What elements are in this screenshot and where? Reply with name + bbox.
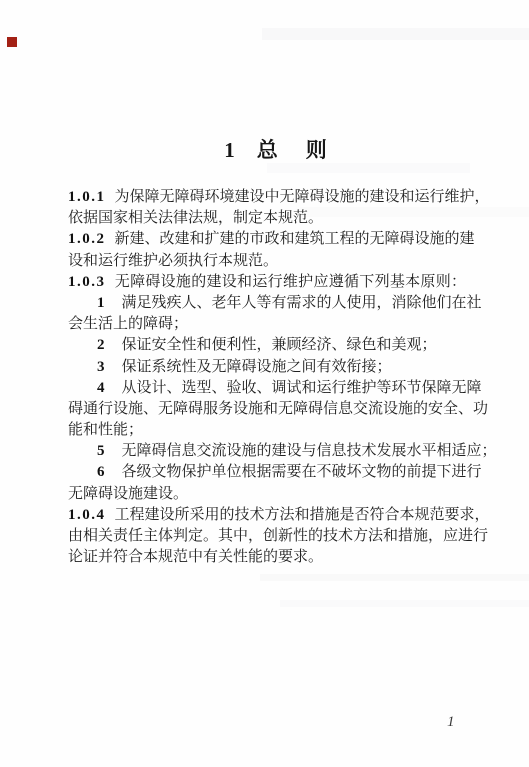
scan-artifact: [260, 574, 529, 581]
text-line: 1.0.3无障碍设施的建设和运行维护应遵循下列基本原则：: [68, 272, 466, 293]
clause-number: 1.0.1: [68, 189, 106, 205]
document-page: 1总则 1.0.1为保障无障碍环境建设中无障碍设施的建设和运行维护，依据国家相关…: [0, 0, 529, 767]
text-line: 依据国家相关法律法规，制定本规范。: [68, 208, 466, 229]
line-text: 满足残疾人、老年人等有需求的人使用，消除他们在社: [122, 295, 482, 311]
line-text: 设和运行维护必须执行本规范。: [68, 253, 278, 269]
item-number: 3: [97, 359, 105, 375]
line-text: 无障碍信息交流设施的建设与信息技术发展水平相适应；: [122, 443, 497, 459]
chapter-title: 1总则: [11, 134, 529, 164]
item-number: 6: [97, 464, 105, 480]
red-corner-mark: [7, 37, 17, 47]
chapter-title-word: 总: [257, 138, 278, 162]
line-text: 无障碍设施建设。: [68, 486, 188, 502]
line-text: 各级文物保护单位根据需要在不破坏文物的前提下进行: [122, 464, 482, 480]
text-line: 由相关责任主体判定。其中，创新性的技术方法和措施，应进行: [68, 526, 466, 547]
line-text: 工程建设所采用的技术方法和措施是否符合本规范要求，: [115, 507, 490, 523]
text-line: 1.0.2新建、改建和扩建的市政和建筑工程的无障碍设施的建: [68, 229, 466, 250]
text-line: 1.0.1为保障无障碍环境建设中无障碍设施的建设和运行维护，: [68, 187, 466, 208]
line-text: 会生活上的障碍；: [68, 316, 188, 332]
text-line: 3保证系统性及无障碍设施之间有效衔接；: [68, 357, 466, 378]
item-number: 4: [97, 380, 105, 396]
line-text: 新建、改建和扩建的市政和建筑工程的无障碍设施的建: [115, 231, 475, 247]
line-text: 保证系统性及无障碍设施之间有效衔接；: [122, 359, 392, 375]
text-line: 4从设计、选型、验收、调试和运行维护等环节保障无障: [68, 378, 466, 399]
text-line: 设和运行维护必须执行本规范。: [68, 251, 466, 272]
page-number: 1: [447, 714, 455, 731]
text-line: 碍通行设施、无障碍服务设施和无障碍信息交流设施的安全、功: [68, 399, 466, 420]
item-number: 1: [97, 295, 105, 311]
line-text: 保证安全性和便利性，兼顾经济、绿色和美观；: [122, 337, 437, 353]
scan-artifact: [280, 600, 529, 607]
item-number: 2: [97, 337, 105, 353]
text-line: 1满足残疾人、老年人等有需求的人使用，消除他们在社: [68, 293, 466, 314]
item-number: 5: [97, 443, 105, 459]
text-line: 论证并符合本规范中有关性能的要求。: [68, 547, 466, 568]
text-line: 2保证安全性和便利性，兼顾经济、绿色和美观；: [68, 335, 466, 356]
line-text: 能和性能；: [68, 422, 143, 438]
line-text: 无障碍设施的建设和运行维护应遵循下列基本原则：: [115, 274, 467, 290]
text-line: 无障碍设施建设。: [68, 484, 466, 505]
line-text: 从设计、选型、验收、调试和运行维护等环节保障无障: [122, 380, 482, 396]
text-line: 能和性能；: [68, 420, 466, 441]
clause-number: 1.0.3: [68, 274, 106, 290]
text-line: 5无障碍信息交流设施的建设与信息技术发展水平相适应；: [68, 441, 466, 462]
chapter-number: 1: [224, 138, 235, 162]
line-text: 论证并符合本规范中有关性能的要求。: [68, 549, 323, 565]
text-line: 1.0.4工程建设所采用的技术方法和措施是否符合本规范要求，: [68, 505, 466, 526]
clause-number: 1.0.2: [68, 231, 106, 247]
scan-artifact: [267, 163, 470, 173]
line-text: 依据国家相关法律法规，制定本规范。: [68, 210, 323, 226]
line-text: 由相关责任主体判定。其中，创新性的技术方法和措施，应进行: [68, 528, 488, 544]
text-line: 6各级文物保护单位根据需要在不破坏文物的前提下进行: [68, 462, 466, 483]
line-text: 碍通行设施、无障碍服务设施和无障碍信息交流设施的安全、功: [68, 401, 488, 417]
clause-number: 1.0.4: [68, 507, 106, 523]
chapter-title-word: 则: [306, 138, 327, 162]
scan-artifact: [262, 28, 529, 40]
line-text: 为保障无障碍环境建设中无障碍设施的建设和运行维护，: [115, 189, 490, 205]
body-text: 1.0.1为保障无障碍环境建设中无障碍设施的建设和运行维护，依据国家相关法律法规…: [68, 187, 466, 568]
text-line: 会生活上的障碍；: [68, 314, 466, 335]
